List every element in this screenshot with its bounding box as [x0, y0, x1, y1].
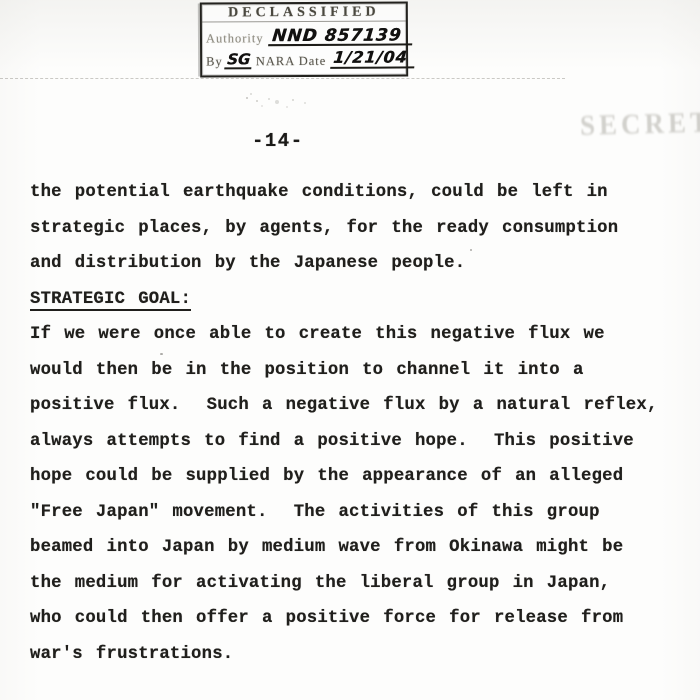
page-number: -14- — [252, 130, 304, 152]
by-initials-handwriting: SG — [224, 51, 253, 69]
scanned-document-page: DECLASSIFIED Authority NND 857139 By SG … — [0, 0, 700, 700]
scan-artifact-line — [0, 78, 565, 79]
date-handwriting: 1/21/04 — [330, 49, 416, 68]
document-line: "Free Japan" movement. The activities of… — [30, 503, 680, 539]
stamp-by-row: By SG NARA Date 1/21/04 — [202, 49, 406, 69]
document-line: who could then offer a positive force fo… — [30, 609, 680, 645]
by-label: By — [206, 53, 223, 69]
declassification-stamp: DECLASSIFIED Authority NND 857139 By SG … — [200, 1, 408, 77]
document-body: the potential earthquake conditions, cou… — [30, 183, 680, 680]
authority-number-handwriting: NND 857139 — [268, 27, 414, 46]
authority-label: Authority — [206, 30, 264, 46]
document-line: If we were once able to create this nega… — [30, 325, 680, 361]
secret-classification-stamp: SECRET — [580, 107, 700, 143]
document-line: the potential earthquake conditions, cou… — [30, 183, 680, 219]
document-line: hope could be supplied by the appearance… — [30, 467, 680, 503]
document-line: always attempts to find a positive hope.… — [30, 432, 680, 468]
document-line: strategic places, by agents, for the rea… — [30, 219, 680, 255]
scan-smudge-mark — [246, 97, 248, 99]
document-line: would then be in the position to channel… — [30, 361, 680, 397]
document-line: positive flux. Such a negative flux by a… — [30, 396, 680, 432]
nara-date-label: NARA Date — [256, 53, 327, 69]
document-line: beamed into Japan by medium wave from Ok… — [30, 538, 680, 574]
document-line: war's frustrations. — [30, 645, 680, 681]
document-line: the medium for activating the liberal gr… — [30, 574, 680, 610]
document-line: and distribution by the Japanese people. — [30, 254, 680, 290]
stamp-authority-row: Authority NND 857139 — [202, 27, 406, 46]
section-heading: STRATEGIC GOAL: — [30, 290, 680, 326]
declassified-stamp-title: DECLASSIFIED — [202, 3, 406, 22]
